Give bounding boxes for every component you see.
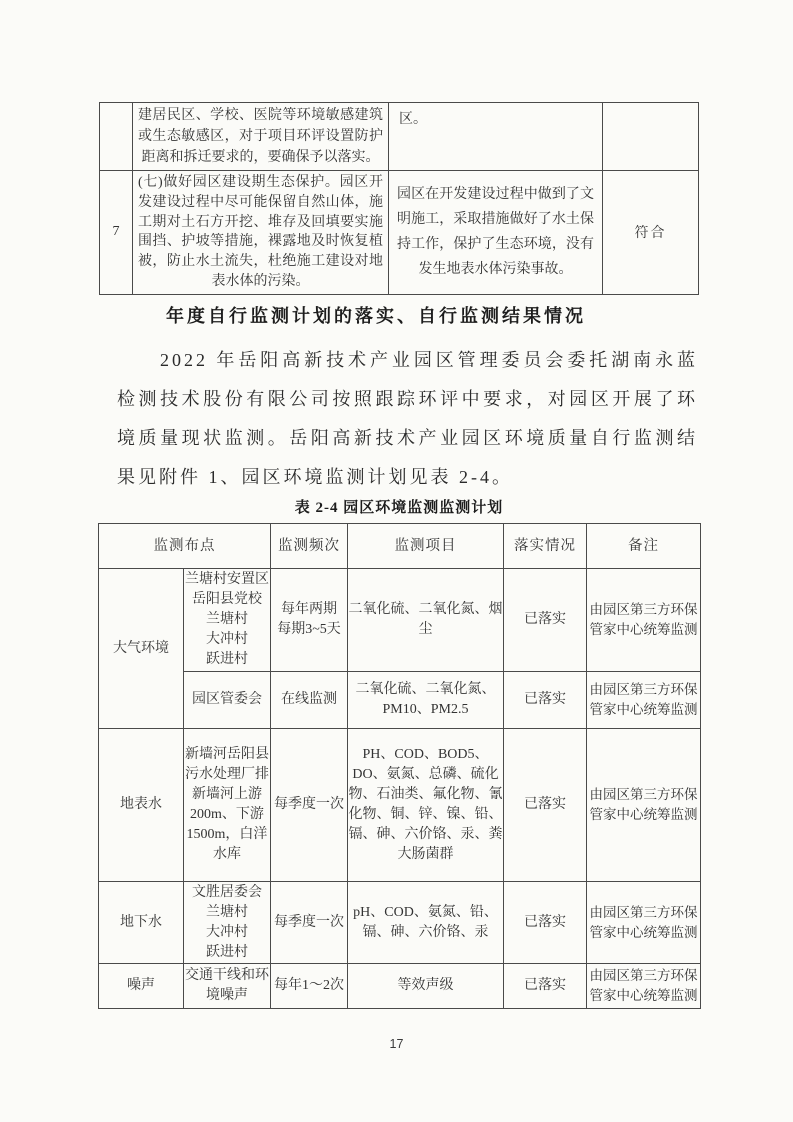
monitoring-plan-table: 监测布点 监测频次 监测项目 落实情况 备注 大气环境 兰塘村安置区 岳阳县党校…	[98, 523, 701, 1009]
conclusion-cell	[603, 103, 699, 171]
category-cell: 地表水	[99, 729, 184, 882]
note-cell: 由园区第三方环保管家中心统筹监测	[587, 672, 701, 729]
items-cell: 等效声级	[348, 964, 504, 1009]
location-cell: 文胜居委会 兰塘村 大冲村 跃进村	[184, 882, 271, 964]
location-cell: 园区管委会	[184, 672, 271, 729]
status-cell: 已落实	[504, 964, 587, 1009]
location-cell: 新墙河岳阳县污水处理厂排新墙河上游200m、下游1500m，白洋水库	[184, 729, 271, 882]
items-cell: PH、COD、BOD5、DO、氨氮、总磷、硫化物、石油类、氟化物、氰化物、铜、锌…	[348, 729, 504, 882]
implementation-cell: 园区在开发建设过程中做到了文明施工，采取措施做好了水土保持工作，保护了生态环境，…	[389, 171, 603, 295]
implementation-cell: 区。	[389, 103, 603, 171]
header-location: 监测布点	[99, 524, 271, 569]
header-status: 落实情况	[504, 524, 587, 569]
compliance-row-7: 7 (七)做好园区建设期生态保护。园区开发建设过程中尽可能保留自然山体，施工期对…	[100, 171, 699, 295]
compliance-row-continued: 建居民区、学校、医院等环境敏感建筑或生态敏感区，对于项目环评设置防护距离和拆迁要…	[100, 103, 699, 171]
items-cell: 二氧化硫、二氧化氮、烟尘	[348, 569, 504, 672]
category-cell: 地下水	[99, 882, 184, 964]
conclusion-cell: 符合	[603, 171, 699, 295]
status-cell: 已落实	[504, 672, 587, 729]
body-paragraph: 2022 年岳阳高新技术产业园区管理委员会委托湖南永蓝检测技术股份有限公司按照跟…	[117, 341, 698, 497]
table-header-row: 监测布点 监测频次 监测项目 落实情况 备注	[99, 524, 701, 569]
note-cell: 由园区第三方环保管家中心统筹监测	[587, 882, 701, 964]
table-row-noise: 噪声 交通干线和环境噪声 每年1～2次 等效声级 已落实 由园区第三方环保管家中…	[99, 964, 701, 1009]
document-page: 建居民区、学校、医院等环境敏感建筑或生态敏感区，对于项目环评设置防护距离和拆迁要…	[0, 0, 793, 1122]
table-row-air-2: 园区管委会 在线监测 二氧化硫、二氧化氮、PM10、PM2.5 已落实 由园区第…	[99, 672, 701, 729]
header-frequency: 监测频次	[271, 524, 348, 569]
frequency-cell: 每季度一次	[271, 729, 348, 882]
table-row-groundwater: 地下水 文胜居委会 兰塘村 大冲村 跃进村 每季度一次 pH、COD、氨氮、铅、…	[99, 882, 701, 964]
row-number-cell: 7	[100, 171, 133, 295]
frequency-cell: 每年两期 每期3~5天	[271, 569, 348, 672]
status-cell: 已落实	[504, 569, 587, 672]
row-number-cell	[100, 103, 133, 171]
table-row-air-1: 大气环境 兰塘村安置区 岳阳县党校 兰塘村 大冲村 跃进村 每年两期 每期3~5…	[99, 569, 701, 672]
compliance-table: 建居民区、学校、医院等环境敏感建筑或生态敏感区，对于项目环评设置防护距离和拆迁要…	[99, 102, 699, 295]
category-cell: 噪声	[99, 964, 184, 1009]
status-cell: 已落实	[504, 882, 587, 964]
requirement-cell: 建居民区、学校、医院等环境敏感建筑或生态敏感区，对于项目环评设置防护距离和拆迁要…	[133, 103, 389, 171]
frequency-cell: 每年1～2次	[271, 964, 348, 1009]
status-cell: 已落实	[504, 729, 587, 882]
items-cell: pH、COD、氨氮、铅、镉、砷、六价铬、汞	[348, 882, 504, 964]
page-number: 17	[0, 1037, 793, 1051]
section-heading: 年度自行监测计划的落实、自行监测结果情况	[166, 302, 586, 328]
note-cell: 由园区第三方环保管家中心统筹监测	[587, 569, 701, 672]
location-cell: 兰塘村安置区 岳阳县党校 兰塘村 大冲村 跃进村	[184, 569, 271, 672]
note-cell: 由园区第三方环保管家中心统筹监测	[587, 729, 701, 882]
header-note: 备注	[587, 524, 701, 569]
requirement-cell: (七)做好园区建设期生态保护。园区开发建设过程中尽可能保留自然山体，施工期对土石…	[133, 171, 389, 295]
category-cell: 大气环境	[99, 569, 184, 729]
items-cell: 二氧化硫、二氧化氮、PM10、PM2.5	[348, 672, 504, 729]
frequency-cell: 在线监测	[271, 672, 348, 729]
frequency-cell: 每季度一次	[271, 882, 348, 964]
table-row-surface-water: 地表水 新墙河岳阳县污水处理厂排新墙河上游200m、下游1500m，白洋水库 每…	[99, 729, 701, 882]
location-cell: 交通干线和环境噪声	[184, 964, 271, 1009]
note-cell: 由园区第三方环保管家中心统筹监测	[587, 964, 701, 1009]
header-items: 监测项目	[348, 524, 504, 569]
table-2-4-title: 表 2-4 园区环境监测监测计划	[98, 496, 700, 517]
